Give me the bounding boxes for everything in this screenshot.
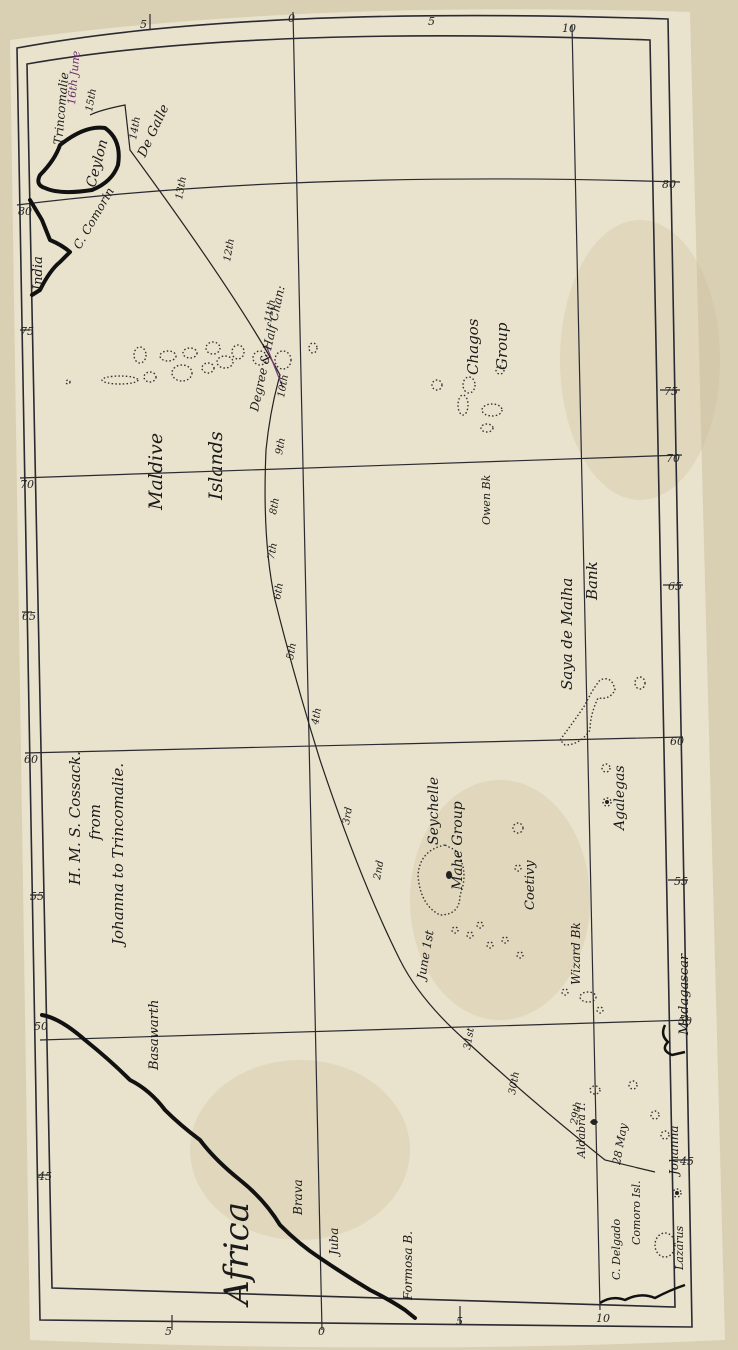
svg-text:5: 5	[165, 1325, 172, 1338]
label-lazarus: Lazarus	[673, 1225, 686, 1271]
svg-text:60: 60	[670, 735, 684, 748]
label-basawarth: Basawarth	[147, 1000, 162, 1071]
svg-text:45: 45	[679, 1155, 694, 1168]
label-juba: Juba	[327, 1228, 341, 1258]
svg-text:5: 5	[428, 15, 435, 28]
label-madagascar: Madagascar	[677, 953, 692, 1036]
label-bank: Bank	[583, 561, 601, 601]
svg-text:75: 75	[20, 325, 34, 338]
svg-text:10: 10	[562, 22, 576, 35]
svg-text:55: 55	[30, 890, 44, 903]
svg-text:5: 5	[140, 18, 147, 31]
label-maldive: Maldive	[145, 433, 167, 511]
label-formosa-bay: Formosa B.	[401, 1231, 415, 1301]
svg-text:75: 75	[664, 385, 678, 398]
svg-text:70: 70	[20, 478, 34, 491]
label-india: India	[31, 256, 46, 291]
svg-text:60: 60	[24, 753, 38, 766]
svg-text:5: 5	[456, 1315, 463, 1328]
label-chagos: Chagos	[464, 318, 482, 375]
label-c-delgado: C. Delgado	[610, 1218, 623, 1280]
historical-route-map: 5 0 5 10 5 0 5 10 80 75 70 65 60 55 50 4…	[0, 0, 738, 1350]
label-comoro-isl: Comoro Isl.	[630, 1181, 643, 1245]
svg-text:50: 50	[34, 1020, 48, 1033]
svg-text:65: 65	[668, 580, 682, 593]
title-line-3: Johanna to Trincomalie.	[109, 763, 127, 948]
label-brava: Brava	[291, 1179, 305, 1216]
label-wizard-bank: Wizard Bk	[569, 922, 583, 985]
svg-text:0: 0	[288, 12, 295, 25]
label-owen-bank: Owen Bk	[480, 474, 493, 525]
svg-text:80: 80	[18, 205, 32, 218]
label-chagos-group: Group	[493, 322, 511, 370]
svg-text:10: 10	[596, 1312, 610, 1325]
svg-text:55: 55	[674, 875, 688, 888]
svg-text:0: 0	[318, 1325, 325, 1338]
label-islands: Islands	[205, 431, 227, 501]
title-line-2: from	[86, 804, 104, 841]
label-saya-de-malha: Saya de Malha	[558, 578, 576, 690]
svg-text:70: 70	[666, 452, 680, 465]
svg-text:65: 65	[22, 610, 36, 623]
label-johanna: Johanna	[667, 1125, 681, 1178]
svg-text:80: 80	[662, 178, 676, 191]
svg-text:45: 45	[37, 1170, 52, 1183]
title-line-1: H. M. S. Cossack.	[66, 751, 84, 886]
label-coetivy: Coetivy	[523, 860, 538, 910]
label-seychelle: Seychelle	[426, 777, 442, 845]
label-mahe-group: Mahe Group	[450, 801, 466, 891]
label-agalegas: Agalegas	[612, 765, 628, 832]
label-africa: Africa	[217, 1202, 257, 1308]
